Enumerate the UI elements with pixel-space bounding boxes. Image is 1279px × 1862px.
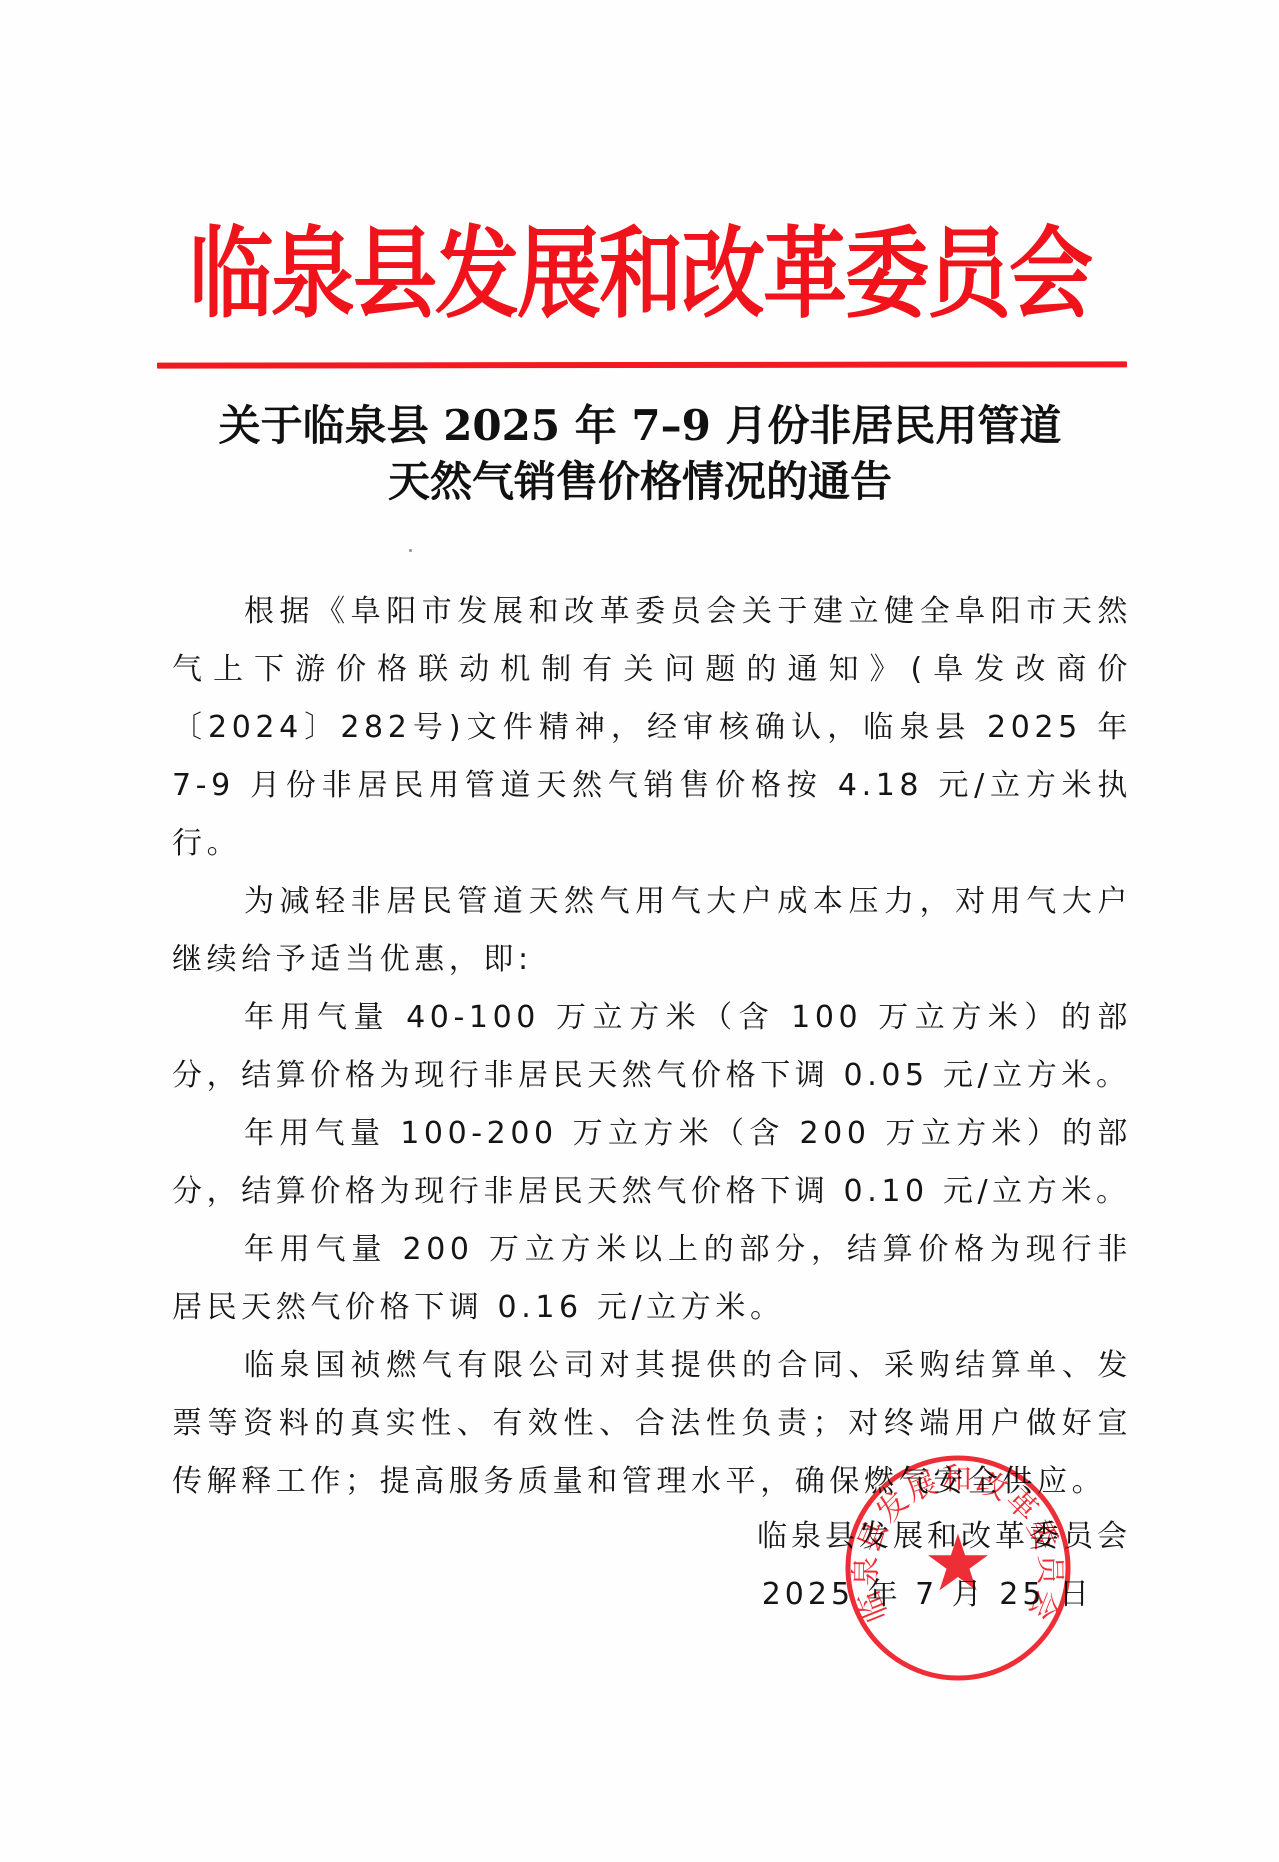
official-seal-icon: 临泉县发展和改革委员会 ★	[842, 1452, 1074, 1684]
paragraph-tier-2: 年用气量 100-200 万立方米（含 200 万立方米）的部分，结算价格为现行…	[172, 1105, 1132, 1221]
document-title: 关于临泉县 2025 年 7–9 月份非居民用管道 天然气销售价格情况的通告	[160, 398, 1120, 510]
title-line-2: 天然气销售价格情况的通告	[160, 454, 1120, 510]
masthead-issuer-name: 临泉县发展和改革委员会	[160, 215, 1120, 333]
paragraph-discount-intro: 为减轻非居民管道天然气用气大户成本压力，对用气大户继续给予适当优惠，即:	[172, 873, 1132, 989]
red-divider-rule	[157, 361, 1127, 368]
paragraph-tier-1: 年用气量 40-100 万立方米（含 100 万立方米）的部分，结算价格为现行非…	[172, 989, 1132, 1105]
document-page: 临泉县发展和改革委员会 关于临泉县 2025 年 7–9 月份非居民用管道 天然…	[0, 0, 1279, 1862]
title-line-1: 关于临泉县 2025 年 7–9 月份非居民用管道	[160, 398, 1120, 454]
paragraph-basis: 根据《阜阳市发展和改革委员会关于建立健全阜阳市天然气上下游价格联动机制有关问题的…	[172, 583, 1132, 873]
seal-star-icon: ★	[923, 1519, 993, 1609]
scan-speck	[409, 549, 412, 552]
document-body: 根据《阜阳市发展和改革委员会关于建立健全阜阳市天然气上下游价格联动机制有关问题的…	[172, 583, 1132, 1511]
paragraph-tier-3: 年用气量 200 万立方米以上的部分，结算价格为现行非居民天然气价格下调 0.1…	[172, 1221, 1132, 1337]
